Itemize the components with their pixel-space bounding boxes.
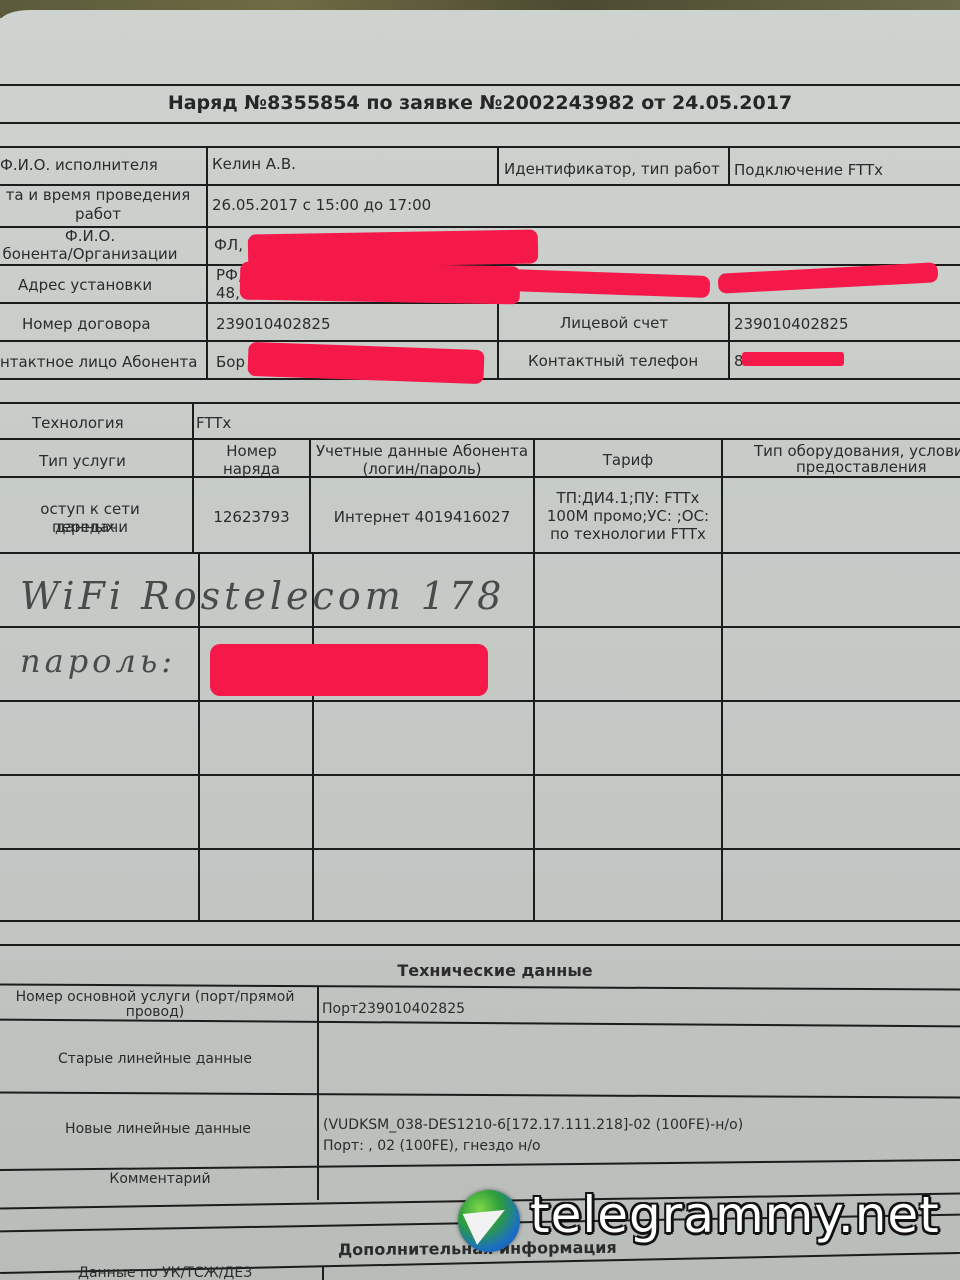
contact-value: Бор	[216, 353, 245, 371]
executor-label: Ф.И.О. исполнителя	[0, 156, 158, 174]
tariff-line1: ТП:ДИ4.1;ПУ: FTTx	[535, 489, 721, 507]
order-number: 12623793	[194, 508, 309, 526]
account-label: Лицевой счет	[560, 314, 668, 332]
new-line-data-label: Новые линейные данные	[0, 1120, 316, 1138]
handwritten-wifi-ssid: WiFi Rostelecom 178	[20, 574, 505, 618]
service-type-line2: данных	[0, 518, 170, 536]
tariff-line2: 100М промо;УС: ;ОС:	[535, 507, 721, 525]
technical-heading: Технические данные	[0, 962, 960, 980]
datetime-label-line2: работ	[0, 205, 196, 223]
comment-label: Комментарий	[0, 1170, 320, 1188]
subscriber-label-line2: бонента/Организации	[0, 245, 180, 263]
address-label: Адрес установки	[18, 276, 152, 294]
redaction-mark	[742, 352, 844, 366]
subscriber-label-line1: Ф.И.О.	[0, 227, 180, 245]
col-header-service-type: Тип услуги	[0, 452, 165, 470]
account-value: 239010402825	[734, 315, 849, 333]
redaction-mark	[240, 262, 521, 305]
col-header-credentials-line2: (логин/пароль)	[311, 460, 533, 478]
address-value-line2: 48,	[216, 284, 240, 302]
technology-label: Технология	[32, 414, 124, 432]
main-service-value: Порт239010402825	[322, 1000, 465, 1018]
col-header-tariff: Тариф	[535, 451, 721, 469]
col-header-credentials-line1: Учетные данные Абонента	[311, 442, 533, 460]
credentials-value: Интернет 4019416027	[311, 508, 533, 526]
col-header-equipment-line2: предоставления	[796, 458, 927, 476]
old-line-data-label: Старые линейные данные	[0, 1050, 310, 1068]
col-header-order-no-line1: Номер	[194, 442, 309, 460]
new-line-data-value-line1: (VUDKSM_038-DES1210-6[172.17.111.218]-02…	[323, 1116, 743, 1134]
datetime-value: 26.05.2017 с 15:00 до 17:00	[212, 196, 431, 214]
watermark-text: telegrammy.net	[530, 1186, 940, 1244]
telegram-globe-icon	[458, 1190, 520, 1252]
handwritten-password-label: пароль:	[20, 642, 176, 680]
phone-label: Контактный телефон	[528, 352, 698, 370]
work-id-value: Подключение FTTx	[734, 161, 883, 179]
tariff-line3: по технологии FTTx	[535, 525, 721, 543]
divider	[0, 84, 960, 86]
contact-label: нтактное лицо Абонента	[0, 353, 197, 371]
redaction-mark	[210, 644, 488, 696]
datetime-label-line1: та и время проведения	[0, 186, 196, 204]
col-header-order-no-line2: наряда	[194, 460, 309, 478]
executor-value: Келин А.В.	[212, 155, 296, 173]
management-company-label: Данные по УК/ТСЖ/ДЕЗ	[78, 1264, 252, 1280]
new-line-data-value-line2: Порт: , 02 (100FE), гнездо н/о	[323, 1137, 541, 1155]
contract-label: Номер договора	[22, 315, 151, 333]
technology-value: FTTx	[196, 414, 231, 432]
divider	[0, 122, 960, 124]
contract-value: 239010402825	[216, 315, 331, 333]
work-id-label: Идентификатор, тип работ	[504, 160, 720, 178]
main-service-label-line2: провод)	[0, 1003, 310, 1021]
document-title: Наряд №8355854 по заявке №2002243982 от …	[0, 92, 960, 114]
